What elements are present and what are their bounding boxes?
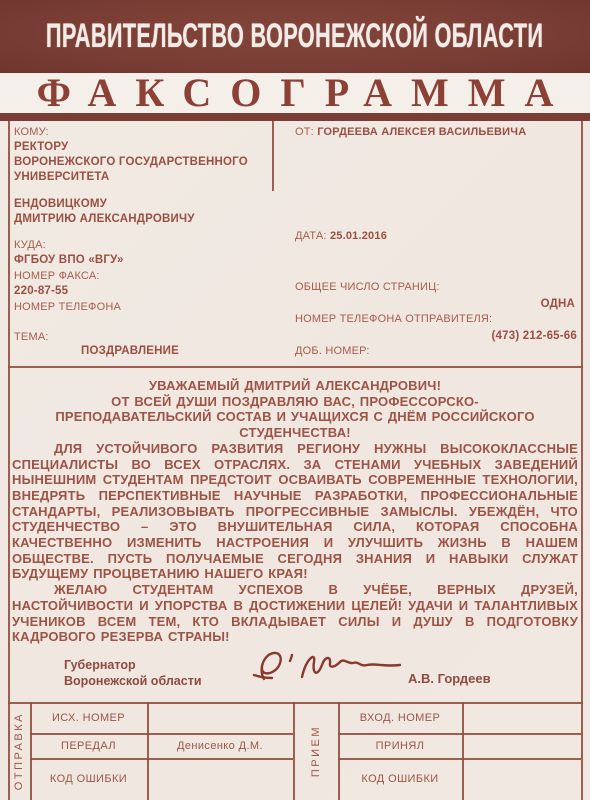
sender-phone-value: (473) 212-65-66 (400, 330, 577, 343)
greeting-line: ОТ ВСЕЙ ДУШИ ПОЗДРАВЛЯЮ ВАС, ПРОФЕССОРСК… (12, 394, 578, 410)
fax-number-label: НОМЕР ФАКСА: (14, 270, 100, 283)
outgoing-number-value (147, 702, 293, 733)
date-label: ДАТА: (295, 230, 327, 242)
form-body-divider (8, 366, 583, 368)
page-border-left (8, 121, 10, 800)
where-label: КУДА: (14, 239, 46, 252)
receive-error-code-value (462, 758, 581, 800)
from-value: ГОРДЕЕВА АЛЕКСЕЯ ВАСИЛЬЕВИЧА (317, 126, 526, 138)
to-org-line: ВОРОНЕЖСКОГО ГОСУДАРСТВЕННОГО (14, 156, 248, 169)
to-label: КОМУ: (14, 126, 49, 139)
received-by-value (462, 733, 581, 758)
subject-label: ТЕМА: (14, 331, 49, 344)
fax-title: ФАКСОГРАММА (37, 73, 573, 113)
receive-error-code-label: КОД ОШИБКИ (338, 758, 462, 800)
signer-position-line: Воронежской области (64, 673, 202, 689)
to-org-line: РЕКТОРУ (14, 141, 68, 154)
pages-value: ОДНА (400, 298, 575, 311)
from-row: ОТ: ГОРДЕЕВА АЛЕКСЕЯ ВАСИЛЬЕВИЧА (295, 126, 526, 139)
fax-document: ПРАВИТЕЛЬСТВО ВОРОНЕЖСКОЙ ОБЛАСТИ ФАКСОГ… (0, 0, 590, 800)
phone-number-label: НОМЕР ТЕЛЕФОНА (14, 301, 121, 314)
transmitted-by-label: ПЕРЕДАЛ (30, 733, 147, 758)
send-error-code-value (147, 758, 293, 800)
message-paragraph-1: ДЛЯ УСТОЙЧИВОГО РАЗВИТИЯ РЕГИОНУ НУЖНЫ В… (12, 441, 578, 582)
to-org-line: УНИВЕРСИТЕТА (14, 171, 109, 184)
page-border-right (581, 121, 583, 800)
message-body: УВАЖАЕМЫЙ ДМИТРИЙ АЛЕКСАНДРОВИЧ! ОТ ВСЕЙ… (12, 378, 578, 645)
message-paragraph-2: ЖЕЛАЮ СТУДЕНТАМ УСПЕХОВ В УЧЁБЕ, ВЕРНЫХ … (12, 582, 578, 645)
receive-section-header: ПРИЕМ (293, 702, 338, 800)
where-value: ФГБОУ ВПО «ВГУ» (14, 254, 124, 267)
outgoing-number-label: ИСХ. НОМЕР (30, 702, 147, 733)
header-divider-strip (0, 113, 590, 121)
government-name: ПРАВИТЕЛЬСТВО ВОРОНЕЖСКОЙ ОБЛАСТИ (46, 17, 543, 56)
sender-phone-label: НОМЕР ТЕЛЕФОНА ОТПРАВИТЕЛЯ: (295, 313, 492, 326)
received-by-label: ПРИНЯЛ (338, 733, 462, 758)
pages-label: ОБЩЕЕ ЧИСЛО СТРАНИЦ: (295, 281, 440, 294)
send-error-code-label: КОД ОШИБКИ (30, 758, 147, 800)
signer-name: А.В. Гордеев (408, 671, 491, 686)
fax-title-band: ФАКСОГРАММА (0, 73, 590, 113)
greeting-line: СТУДЕНЧЕСТВА! (12, 425, 578, 441)
send-section-header: ОТПРАВКА (8, 702, 30, 800)
signer-position-line: Губернатор (64, 657, 202, 673)
to-person-line: ЕНДОВИЦКОМУ (14, 198, 107, 211)
date-value: 25.01.2016 (330, 230, 387, 242)
date-row: ДАТА: 25.01.2016 (295, 230, 387, 243)
incoming-number-value (462, 702, 581, 733)
signer-position: Губернатор Воронежской области (64, 657, 202, 689)
receive-vertical-label: ПРИЕМ (310, 725, 322, 777)
government-banner: ПРАВИТЕЛЬСТВО ВОРОНЕЖСКОЙ ОБЛАСТИ (0, 0, 590, 73)
greeting-line: УВАЖАЕМЫЙ ДМИТРИЙ АЛЕКСАНДРОВИЧ! (12, 378, 578, 394)
send-vertical-label: ОТПРАВКА (13, 712, 25, 790)
to-person-line: ДМИТРИЮ АЛЕКСАНДРОВИЧУ (14, 213, 195, 226)
greeting-line: ПРЕПОДАВАТЕЛЬСКИЙ СОСТАВ И УЧАЩИХСЯ С ДН… (12, 409, 578, 425)
from-label: ОТ: (295, 126, 314, 138)
subject-value: ПОЗДРАВЛЕНИЕ (30, 345, 230, 358)
incoming-number-label: ВХОД. НОМЕР (338, 702, 462, 733)
handwritten-signature (250, 645, 410, 695)
transmitted-by-value: Денисенко Д.М. (147, 733, 293, 758)
ext-number-label: ДОБ. НОМЕР: (295, 345, 370, 358)
fax-number-value: 220-87-55 (14, 285, 68, 298)
column-divider (272, 121, 274, 191)
